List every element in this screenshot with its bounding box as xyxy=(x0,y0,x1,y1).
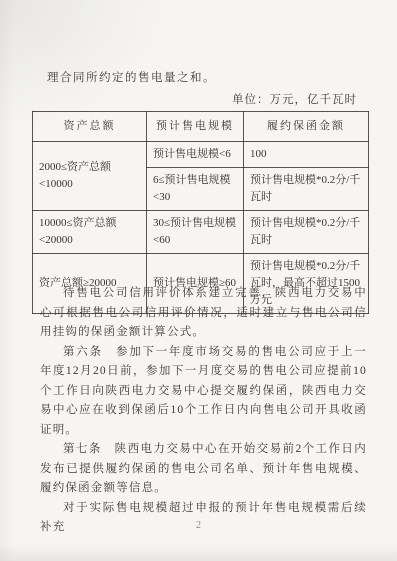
cell-scale-1a: 预计售电规模<6 xyxy=(147,142,244,168)
scanned-document-page: 理合同所约定的售电量之和。 单位：万元，亿千瓦时 资产总额 预计售电规模 履约保… xyxy=(0,0,397,561)
cell-asset-range-2: 10000≤资产总额<20000 xyxy=(33,211,147,254)
table-row: 10000≤资产总额<20000 30≤预计售电规模<60 预计售电规模*0.2… xyxy=(33,211,369,254)
paragraph-credit-evaluation: 待售电公司信用评价体系建立完善，陕西电力交易中心可根据售电公司信用评价情况，适时… xyxy=(40,284,367,343)
header-expected-sales-scale: 预计售电规模 xyxy=(147,112,244,142)
header-guarantee-amount: 履约保函金额 xyxy=(244,112,369,142)
scan-shadow-bottom xyxy=(0,543,397,561)
cell-amount-1b: 预计售电规模*0.2分/千瓦时 xyxy=(244,168,369,211)
paragraph-actual-scale: 对于实际售电规模超过申报的预计年售电规模需后续补充 xyxy=(40,499,367,538)
header-asset-total: 资产总额 xyxy=(33,112,147,142)
table-header-row: 资产总额 预计售电规模 履约保函金额 xyxy=(33,112,369,142)
paragraph-article-7: 第七条 陕西电力交易中心在开始交易前2个工作日内发布已提供履约保函的售电公司名单… xyxy=(40,440,367,499)
cell-asset-range-1: 2000≤资产总额<10000 xyxy=(33,142,147,211)
cell-amount-1a: 100 xyxy=(244,142,369,168)
table-row: 2000≤资产总额<10000 预计售电规模<6 100 xyxy=(33,142,369,168)
document-body-text: 待售电公司信用评价体系建立完善，陕西电力交易中心可根据售电公司信用评价情况，适时… xyxy=(40,284,367,538)
cell-scale-2: 30≤预计售电规模<60 xyxy=(147,211,244,254)
paragraph-article-6: 第六条 参加下一年度市场交易的售电公司应于上一年度12月20日前，参加下一月度交… xyxy=(40,343,367,441)
page-number: 2 xyxy=(0,520,397,531)
cell-amount-2: 预计售电规模*0.2分/千瓦时 xyxy=(244,211,369,254)
cell-scale-1b: 6≤预计售电规模<30 xyxy=(147,168,244,211)
continuation-text-line: 理合同所约定的售电量之和。 xyxy=(47,69,216,85)
unit-note: 单位：万元，亿千瓦时 xyxy=(232,91,357,107)
scan-shadow-left xyxy=(0,0,14,561)
